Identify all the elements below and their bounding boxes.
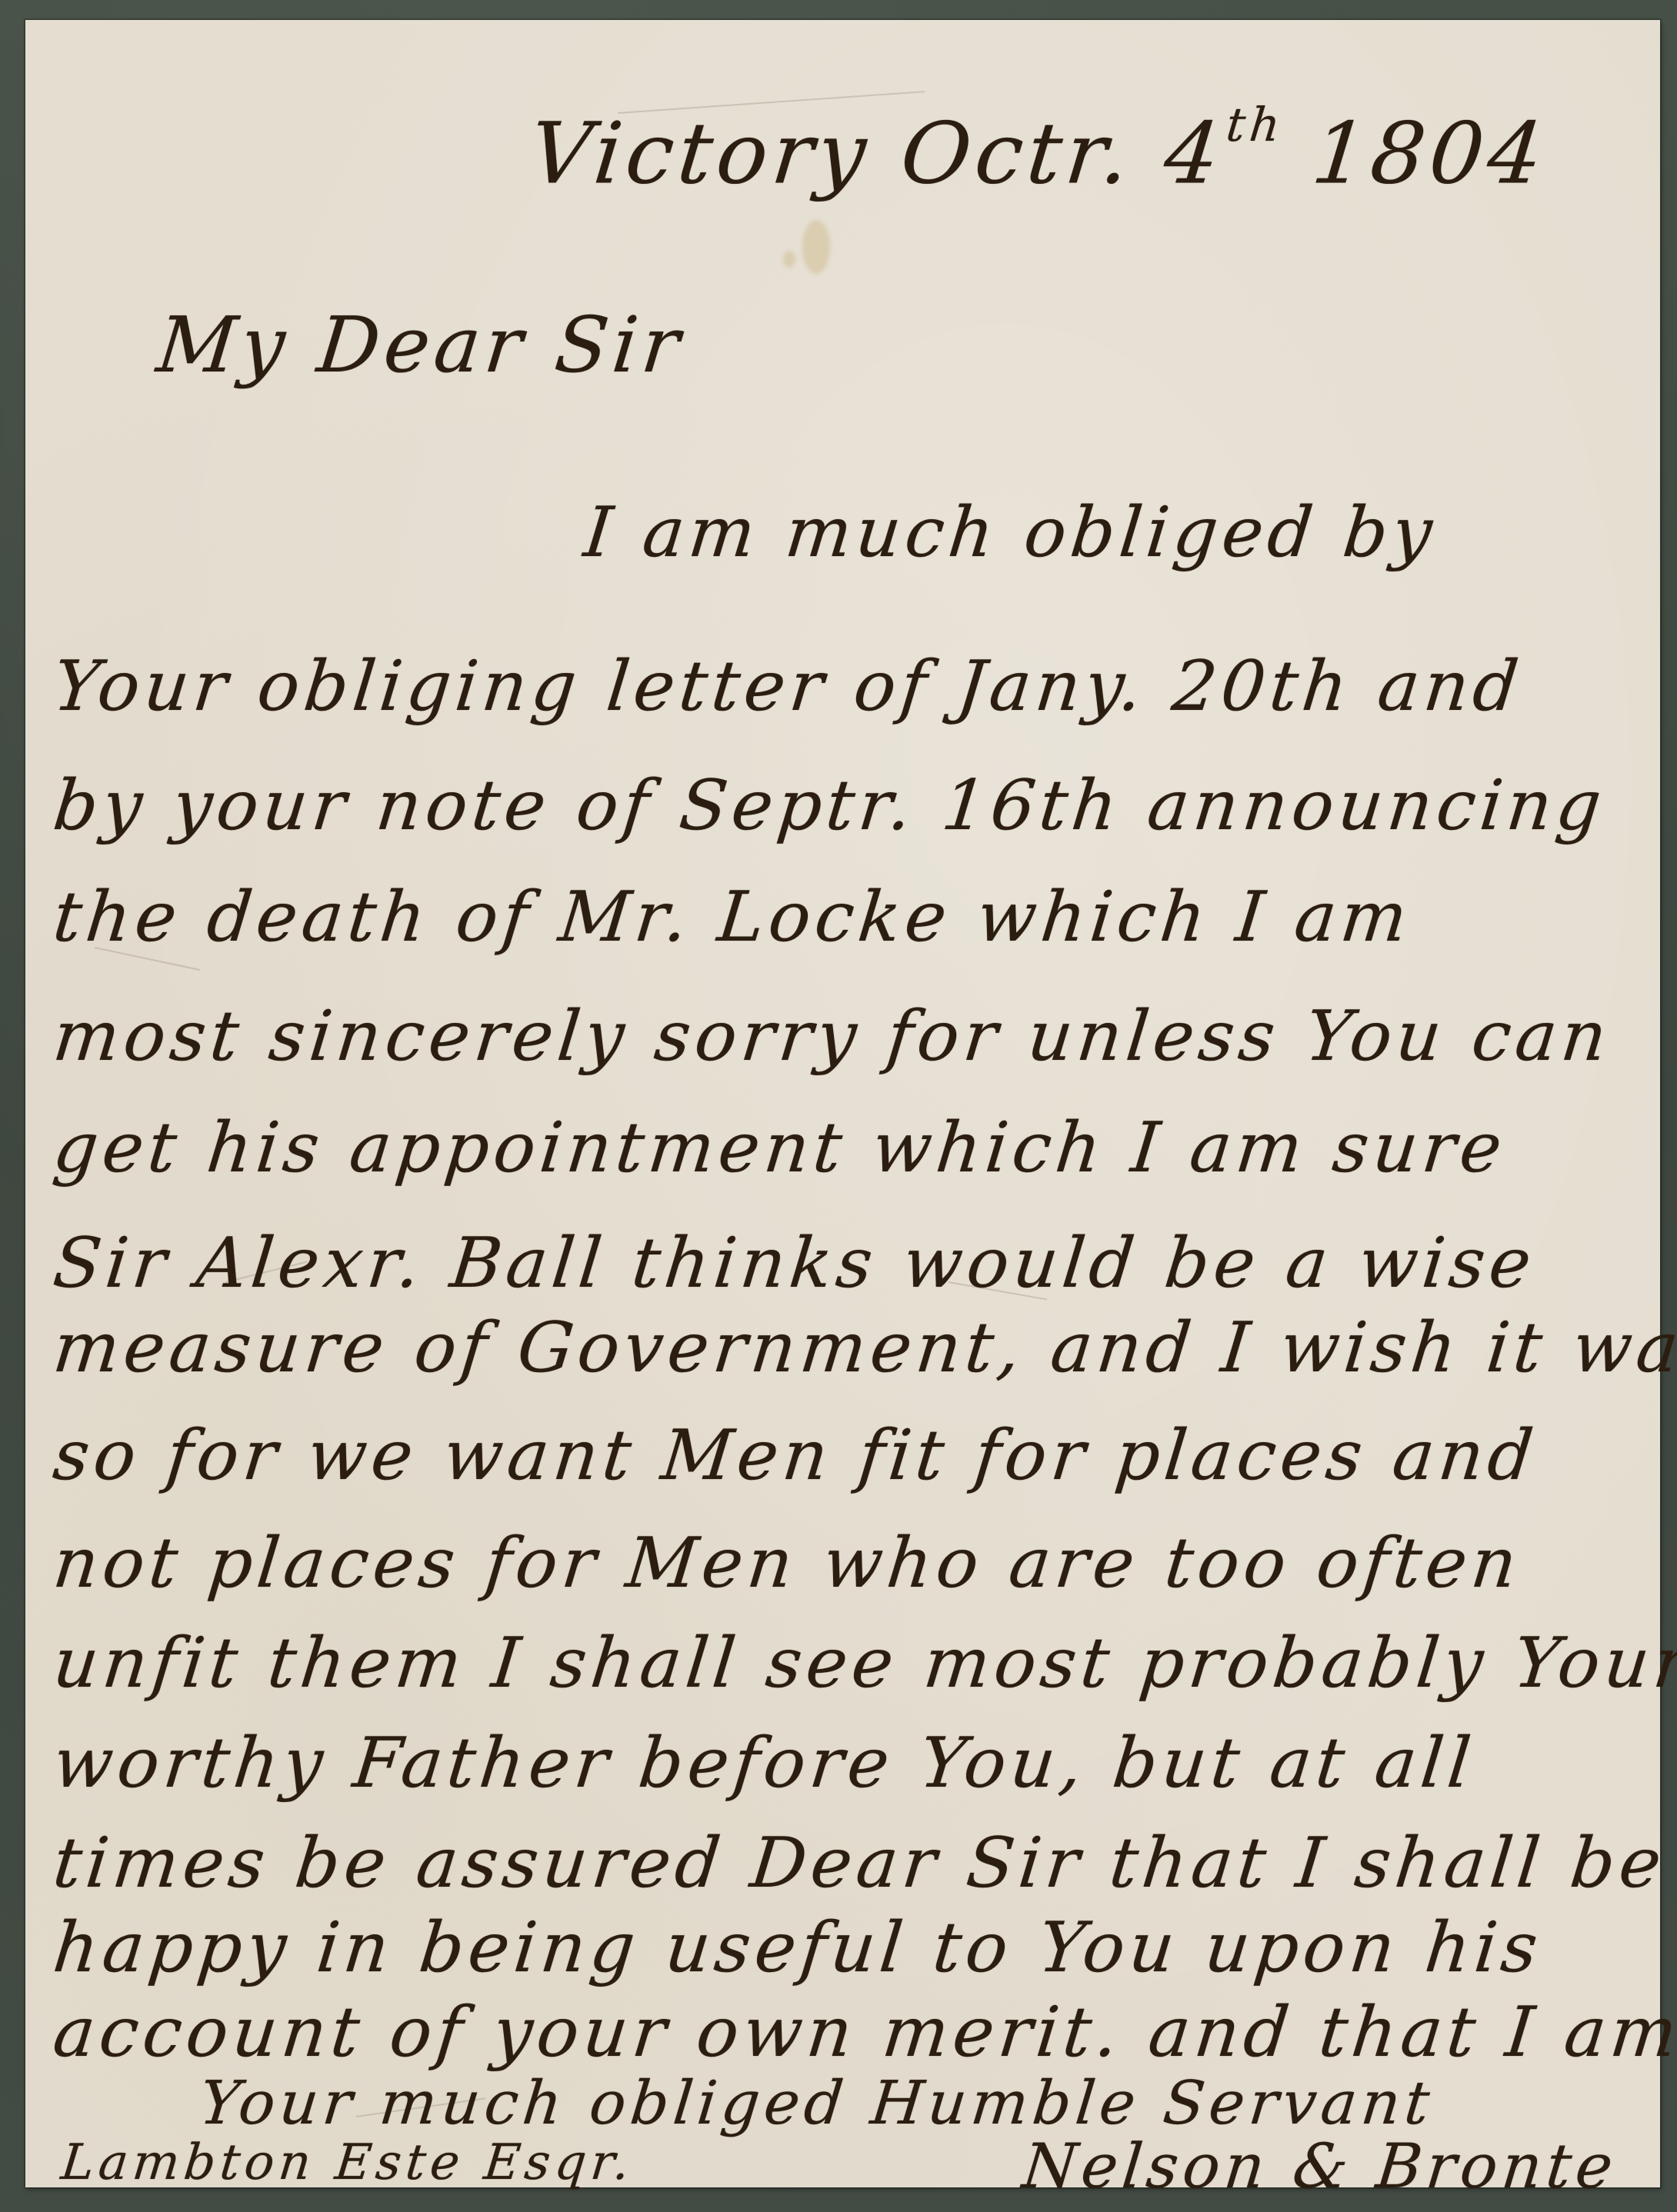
body-line: by your note of Septr. 16th announcing [49, 765, 1609, 846]
body-line: times be assured Dear Sir that I shall b… [49, 1823, 1669, 1904]
body-line: get his appointment which I am sure [49, 1108, 1510, 1188]
body-line: most sincerely sorry for unless You can [49, 996, 1615, 1077]
body-line: not places for Men who are too often [49, 1523, 1525, 1604]
closing: Your much obliged Humble Servant [196, 2069, 1437, 2138]
body-line: worthy Father before You, but at all [49, 1723, 1479, 1804]
dateline-year: 1804 [1308, 104, 1552, 202]
body-line: measure of Government, and I wish it was [49, 1308, 1677, 1388]
body-line: the death of Mr. Locke which I am [49, 877, 1415, 958]
body-line: account of your own merit. and that I am [49, 1992, 1677, 2073]
dateline-place: Victory [525, 104, 875, 202]
ink-stain [783, 251, 795, 268]
dateline: Victory Octr. 4th 1804 [525, 98, 1552, 202]
dateline-day-suffix: th [1224, 98, 1288, 152]
salutation: My Dear Sir [153, 300, 688, 390]
body-line: Sir Alexr. Ball thinks would be a wise [49, 1223, 1539, 1304]
ink-stain [802, 220, 830, 274]
dateline-month: Octr. [896, 104, 1139, 202]
body-line: so for we want Men fit for places and [49, 1415, 1541, 1496]
body-line: unfit them I shall see most probably You… [49, 1623, 1677, 1704]
signature: Nelson & Bronte [1019, 2130, 1621, 2202]
addressee: Lambton Este Esqr. [58, 2134, 637, 2191]
body-line: happy in being useful to You upon his [49, 1907, 1545, 1988]
body-line: I am much obliged by [580, 492, 1440, 573]
dateline-day: 4 [1160, 104, 1229, 202]
body-line: Your obliging letter of Jany. 20th and [49, 646, 1526, 727]
